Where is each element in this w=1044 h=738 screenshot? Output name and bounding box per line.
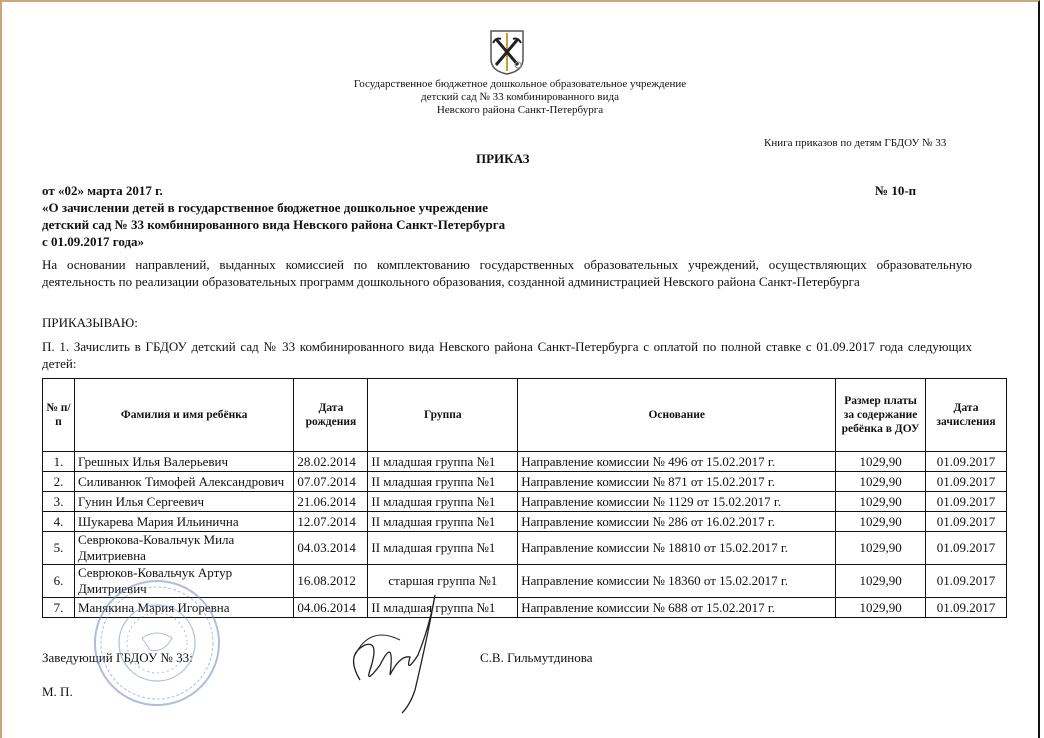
order-book-label: Книга приказов по детям ГБДОУ № 33 — [764, 137, 946, 149]
cell-fee: 1029,90 — [836, 452, 926, 472]
org-line: Государственное бюджетное дошкольное обр… — [270, 78, 770, 91]
signer-label: Заведующий ГБДОУ № 33: — [42, 650, 193, 666]
signer-name: С.В. Гильмутдинова — [480, 650, 593, 666]
cell-name: Севрюков-Ковальчук Артур Дмитриевич — [74, 565, 293, 598]
table-header-row: № п/п Фамилия и имя ребёнка Дата рождени… — [43, 379, 1007, 452]
cell-birth: 07.07.2014 — [294, 472, 368, 492]
cell-birth: 21.06.2014 — [294, 492, 368, 512]
cell-group: II младшая группа №1 — [368, 472, 518, 492]
cell-basis: Направление комиссии № 18810 от 15.02.20… — [518, 532, 836, 565]
cell-group: II младшая группа №1 — [368, 532, 518, 565]
table-row: 2.Силиванюк Тимофей Александрович07.07.2… — [43, 472, 1007, 492]
cell-birth: 16.08.2012 — [294, 565, 368, 598]
order-point-1: П. 1. Зачислить в ГБДОУ детский сад № 33… — [42, 338, 972, 372]
cell-group: II младшая группа №1 — [368, 512, 518, 532]
table-row: 6.Севрюков-Ковальчук Артур Дмитриевич16.… — [43, 565, 1007, 598]
order-date: от «02» марта 2017 г. — [42, 183, 163, 199]
document-title: ПРИКАЗ — [476, 151, 530, 167]
table-row: 4.Шукарева Мария Ильинична12.07.2014II м… — [43, 512, 1007, 532]
order-directive: ПРИКАЗЫВАЮ: — [42, 315, 138, 331]
table-row: 7.Манякина Мария Игоревна04.06.2014II мл… — [43, 598, 1007, 618]
org-line: детский сад № 33 комбинированного вида — [270, 91, 770, 104]
header-fee: Размер платы за содержание ребёнка в ДОУ — [836, 379, 926, 452]
table-row: 3.Гунин Илья Сергеевич21.06.2014II младш… — [43, 492, 1007, 512]
cell-fee: 1029,90 — [836, 532, 926, 565]
cell-num: 7. — [43, 598, 75, 618]
cell-basis: Направление комиссии № 18360 от 15.02.20… — [518, 565, 836, 598]
org-line: Невского района Санкт-Петербурга — [270, 104, 770, 117]
cell-enrolled: 01.09.2017 — [926, 452, 1007, 472]
cell-enrolled: 01.09.2017 — [926, 532, 1007, 565]
cell-num: 6. — [43, 565, 75, 598]
table-row: 5.Севрюкова-Ковальчук Мила Дмитриевна04.… — [43, 532, 1007, 565]
header-birth: Дата рождения — [294, 379, 368, 452]
cell-group: II младшая группа №1 — [368, 452, 518, 472]
table-row: 1.Грешных Илья Валерьевич28.02.2014II мл… — [43, 452, 1007, 472]
cell-birth: 28.02.2014 — [294, 452, 368, 472]
cell-fee: 1029,90 — [836, 598, 926, 618]
order-number: № 10-п — [875, 183, 916, 199]
cell-birth: 04.06.2014 — [294, 598, 368, 618]
cell-enrolled: 01.09.2017 — [926, 472, 1007, 492]
cell-fee: 1029,90 — [836, 512, 926, 532]
header-enrolled: Дата зачисления — [926, 379, 1007, 452]
cell-num: 1. — [43, 452, 75, 472]
order-subject: «О зачислении детей в государственное бю… — [42, 199, 512, 250]
cell-group: II младшая группа №1 — [368, 492, 518, 512]
cell-basis: Направление комиссии № 688 от 15.02.2017… — [518, 598, 836, 618]
cell-basis: Направление комиссии № 1129 от 15.02.201… — [518, 492, 836, 512]
order-basis: На основании направлений, выданных комис… — [42, 256, 972, 290]
cell-enrolled: 01.09.2017 — [926, 512, 1007, 532]
coat-of-arms-icon — [488, 29, 526, 75]
cell-basis: Направление комиссии № 871 от 15.02.2017… — [518, 472, 836, 492]
enrollment-table: № п/п Фамилия и имя ребёнка Дата рождени… — [42, 378, 1007, 618]
header-num: № п/п — [43, 379, 75, 452]
cell-name: Гунин Илья Сергеевич — [74, 492, 293, 512]
cell-name: Шукарева Мария Ильинична — [74, 512, 293, 532]
cell-num: 5. — [43, 532, 75, 565]
cell-fee: 1029,90 — [836, 565, 926, 598]
cell-num: 2. — [43, 472, 75, 492]
cell-name: Силиванюк Тимофей Александрович — [74, 472, 293, 492]
organization-name: Государственное бюджетное дошкольное обр… — [270, 78, 770, 117]
cell-basis: Направление комиссии № 496 от 15.02.2017… — [518, 452, 836, 472]
cell-group: II младшая группа №1 — [368, 598, 518, 618]
cell-name: Грешных Илья Валерьевич — [74, 452, 293, 472]
cell-birth: 12.07.2014 — [294, 512, 368, 532]
cell-fee: 1029,90 — [836, 472, 926, 492]
cell-name: Манякина Мария Игоревна — [74, 598, 293, 618]
cell-birth: 04.03.2014 — [294, 532, 368, 565]
header-name: Фамилия и имя ребёнка — [74, 379, 293, 452]
cell-fee: 1029,90 — [836, 492, 926, 512]
cell-num: 4. — [43, 512, 75, 532]
header-group: Группа — [368, 379, 518, 452]
cell-enrolled: 01.09.2017 — [926, 565, 1007, 598]
cell-basis: Направление комиссии № 286 от 16.02.2017… — [518, 512, 836, 532]
cell-enrolled: 01.09.2017 — [926, 492, 1007, 512]
cell-num: 3. — [43, 492, 75, 512]
cell-enrolled: 01.09.2017 — [926, 598, 1007, 618]
cell-name: Севрюкова-Ковальчук Мила Дмитриевна — [74, 532, 293, 565]
cell-group: старшая группа №1 — [368, 565, 518, 598]
seal-label: М. П. — [42, 684, 73, 700]
header-basis: Основание — [518, 379, 836, 452]
